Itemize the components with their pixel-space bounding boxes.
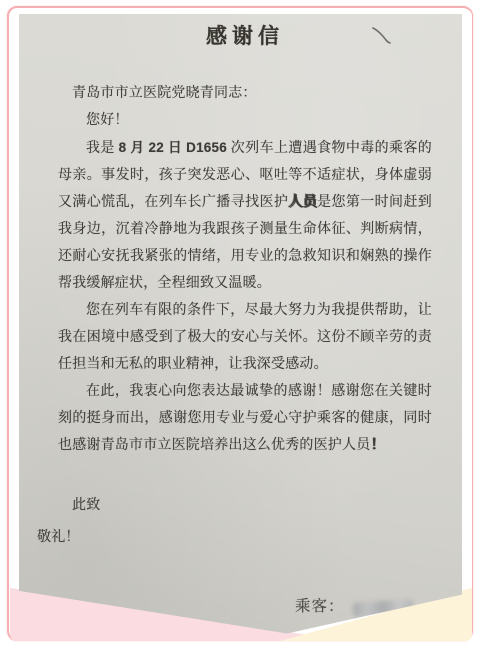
train-date-number: 8 月 22 日 D1656 [119, 140, 227, 155]
letter-photo: 感谢信 青岛市市立医院党晓青同志： 您好！ 我是 8 月 22 日 D1656 … [10, 9, 472, 641]
overprinted-text: 人员 [288, 195, 317, 210]
letter-body: 青岛市市立医院党晓青同志： 您好！ 我是 8 月 22 日 D1656 次列车上… [58, 80, 432, 551]
salutation-line: 青岛市市立医院党晓青同志： [72, 80, 432, 107]
letter-paper: 感谢信 青岛市市立医院党晓青同志： 您好！ 我是 8 月 22 日 D1656 … [19, 14, 462, 641]
paragraph-2: 您在列车有限的条件下，尽最大努力为我提供帮助，让我在困境中感受到了极大的安心与关… [58, 297, 432, 378]
greeting-line: 您好！ [58, 107, 432, 134]
pen-mark [371, 27, 393, 45]
salute-line: 敬礼！ [37, 524, 432, 551]
passenger-label: 乘客： [295, 598, 345, 615]
paragraph-3: 在此，我衷心向您表达最诚挚的感谢！感谢您在关键时刻的挺身而出，感谢您用专业与爱心… [58, 378, 432, 459]
paragraph-1-intro: 我是 [86, 141, 119, 156]
paragraph-1: 我是 8 月 22 日 D1656 次列车上遭遇食物中毒的乘客的母亲。事发时，孩… [58, 134, 432, 297]
closing-line: 此致 [44, 492, 432, 519]
page-background: 感谢信 青岛市市立医院党晓青同志： 您好！ 我是 8 月 22 日 D1656 … [0, 0, 482, 650]
heavy-exclamation: ！ [370, 438, 384, 453]
